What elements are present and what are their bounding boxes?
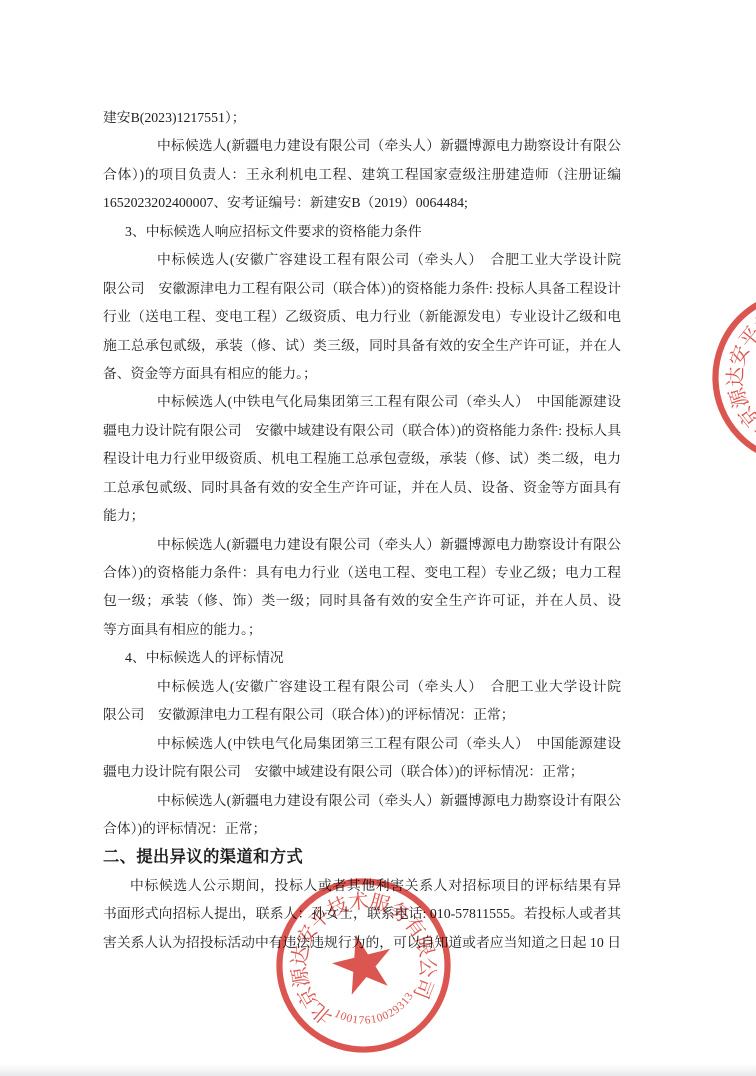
- document-line: 疆电力设计院有限公司 安徽中域建设有限公司（联合体）)的资格能力条件: 投标人具…: [103, 417, 621, 445]
- document-line: 合体）)的资格能力条件：具有电力行业（送电工程、变电工程）专业乙级；电力工程总承: [103, 559, 621, 587]
- svg-text:术: 术: [348, 890, 370, 914]
- document-line: 4、中标候选人的评标情况: [103, 644, 621, 672]
- document-line: 能力；: [103, 502, 621, 530]
- document-line: 合体）)的评标情况：正常；: [103, 815, 621, 843]
- document-line: 建安B(2023)1217551）；: [103, 104, 621, 132]
- document-line: 1652023202400007、安考证编号：新建安B（2019）0064484…: [103, 189, 621, 217]
- document-line: 中标候选人(新疆电力建设有限公司（牵头人）新疆博源电力勘察设计有限公司（联: [103, 787, 621, 815]
- document-line: 施工总承包贰级，承装（修、试）类三级，同时具备有效的安全生产许可证，并在人员、设: [103, 332, 621, 360]
- section-heading: 二、提出异议的渠道和方式: [103, 843, 621, 871]
- svg-text:公: 公: [415, 957, 438, 978]
- page-edge-shadow: [0, 1064, 756, 1076]
- document-line: 工总承包贰级、同时具备有效的安全生产许可证，并在人员、设备、资金等方面具有相应的: [103, 474, 621, 502]
- document-line: 等方面具有相应的能力。；: [103, 616, 621, 644]
- document-line: 中标候选人(中铁电气化局集团第三工程有限公司（牵头人） 中国能源建设集团新: [103, 388, 621, 416]
- document-line: 行业（送电工程、变电工程）乙级资质、电力行业（新能源发电）专业设计乙级和电力工程: [103, 303, 621, 331]
- document-line: 程设计电力行业甲级资质、机电工程施工总承包壹级，承装（修、试）类二级，电力工程施: [103, 445, 621, 473]
- document-line: 中标候选人(新疆电力建设有限公司（牵头人）新疆博源电力勘察设计有限公司（联: [103, 132, 621, 160]
- document-line: 中标候选人(安徽广容建设工程有限公司（牵头人） 合肥工业大学设计院（集团）有: [103, 673, 621, 701]
- document-page: 建安B(2023)1217551）；中标候选人(新疆电力建设有限公司（牵头人）新…: [0, 0, 756, 1076]
- document-line: 限公司 安徽源津电力工程有限公司（联合体）)的评标情况：正常；: [103, 701, 621, 729]
- document-line: 限公司 安徽源津电力工程有限公司（联合体）)的资格能力条件: 投标人具备工程设计…: [103, 275, 621, 303]
- document-line: 中标候选人(新疆电力建设有限公司（牵头人）新疆博源电力勘察设计有限公司（联: [103, 531, 621, 559]
- company-seal: 北京源达安平技术服务有限公司10017610029313: [268, 870, 459, 1061]
- seal-star-icon: [327, 928, 399, 998]
- document-text: 建安B(2023)1217551）；中标候选人(新疆电力建设有限公司（牵头人）新…: [103, 104, 621, 957]
- edge-seal-partial: 北京源达安平技术服务有限公司: [704, 282, 756, 473]
- document-line: 中标候选人(安徽广容建设工程有限公司（牵头人） 合肥工业大学设计院（集团）有: [103, 246, 621, 274]
- document-line: 备、资金等方面具有相应的能力。；: [103, 360, 621, 388]
- document-line: 疆电力设计院有限公司 安徽中域建设有限公司（联合体）)的评标情况：正常；: [103, 758, 621, 786]
- document-line: 中标候选人(中铁电气化局集团第三工程有限公司（牵头人） 中国能源建设集团新: [103, 730, 621, 758]
- document-line: 3、中标候选人响应招标文件要求的资格能力条件: [103, 218, 621, 246]
- document-line: 包一级；承装（修、饰）类一级；同时具备有效的安全生产许可证，并在人员、设备、资金: [103, 587, 621, 615]
- document-line: 合体）)的项目负责人：王永利机电工程、建筑工程国家壹级注册建造师（注册证编号：新: [103, 161, 621, 189]
